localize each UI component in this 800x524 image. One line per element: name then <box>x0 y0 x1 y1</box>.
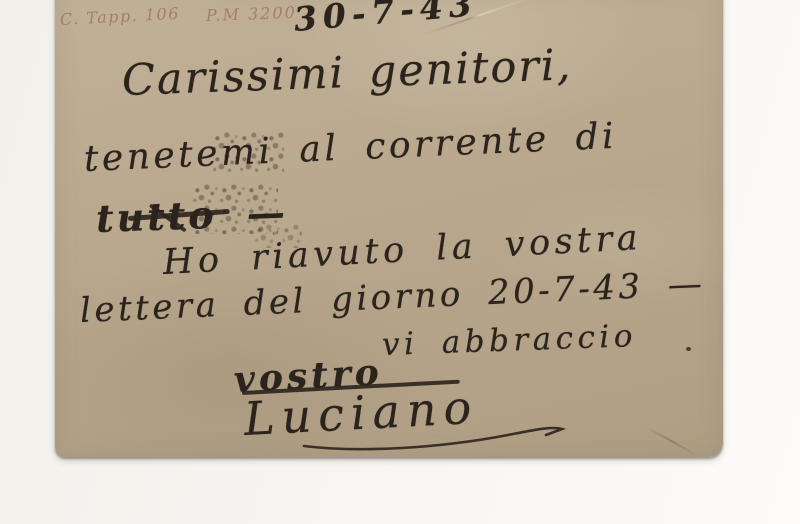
ink-blot-upper <box>212 132 284 174</box>
scanned-postcard-image: C. Tapp. 106 P.M 3200 30-7-43 Carissimi … <box>0 0 800 524</box>
pencil-annotation-right: P.M 3200 <box>206 5 297 24</box>
message-line-abbraccio: vi abbraccio <box>381 321 637 361</box>
ink-blot-small <box>254 224 302 248</box>
signature-underline-flourish <box>300 418 572 456</box>
pen-dot-after-abbraccio <box>686 347 691 351</box>
